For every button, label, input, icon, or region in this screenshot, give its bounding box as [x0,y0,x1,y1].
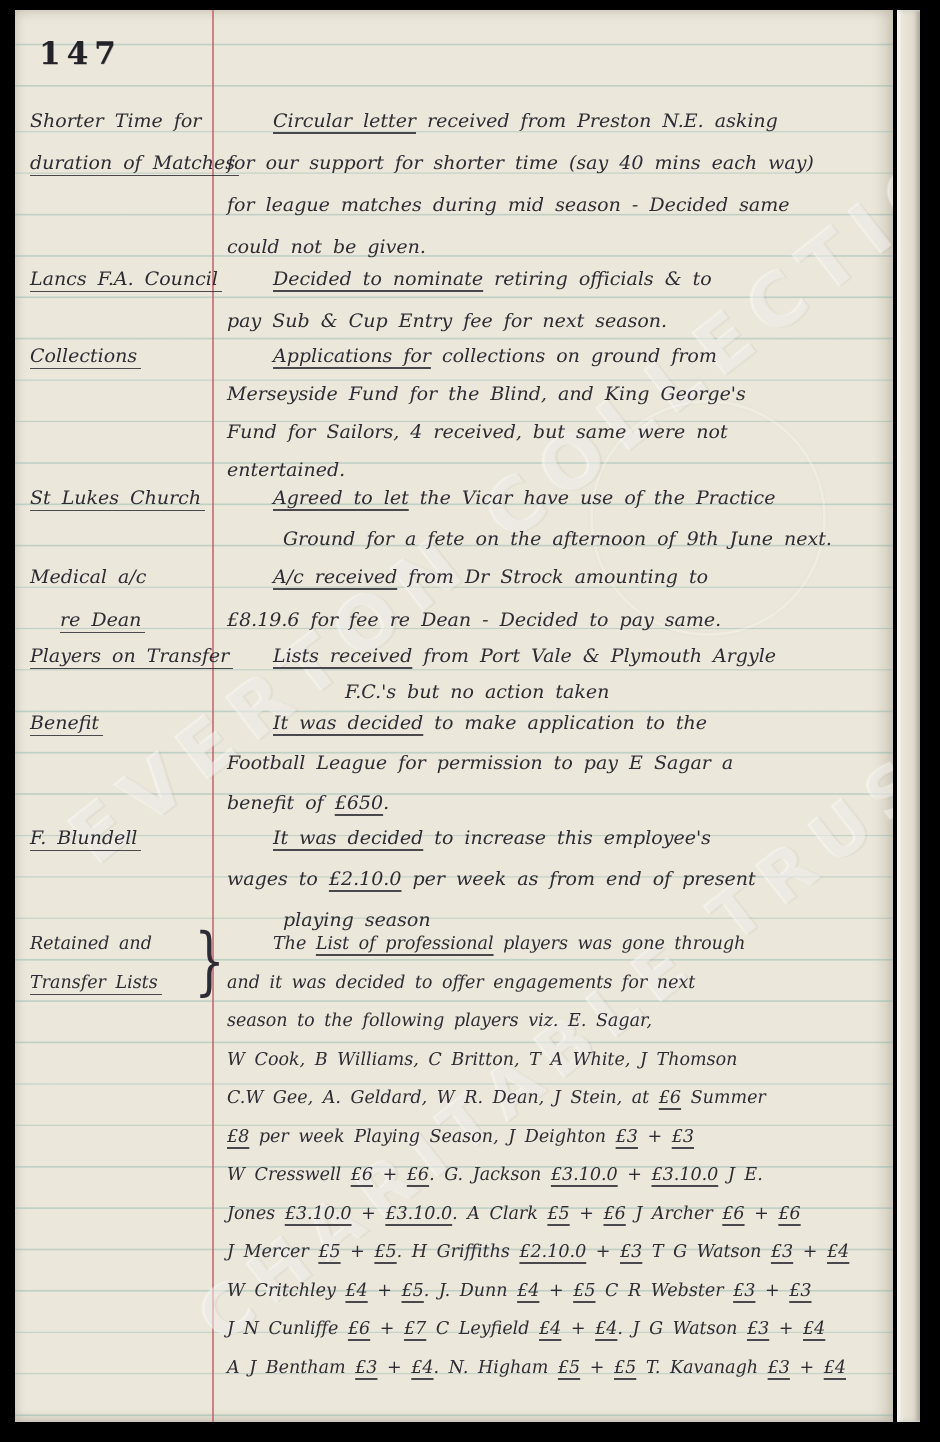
entry-heading: Lancs F.A. Council [30,258,225,342]
entry-body: Decided to nominate retiring officials &… [225,258,887,342]
entry-body-line: W Cresswell £6 + £6. G. Jackson £3.10.0 … [227,1156,887,1195]
entry-heading-line: duration of Matches [30,142,225,184]
minute-entry: BenefitIt was decided to make applicatio… [30,703,887,823]
entry-body-line: season to the following players viz. E. … [227,1002,887,1041]
entry-body-line: A J Bentham £3 + £4. N. Higham £5 + £5 T… [227,1349,887,1388]
entry-body-line: A/c received from Dr Strock amounting to [227,556,887,599]
entry-heading: Benefit [30,703,225,823]
entry-body-line: pay Sub & Cup Entry fee for next season. [227,300,887,342]
entry-heading: Retained andTransfer Lists} [30,925,225,1387]
entry-body-line: W Critchley £4 + £5. J. Dunn £4 + £5 C R… [227,1272,887,1311]
entry-body-line: Applications for collections on ground f… [227,337,887,375]
entry-body-line: Lists received from Port Vale & Plymouth… [227,638,887,674]
entry-body: A/c received from Dr Strock amounting to… [225,556,887,642]
entry-body-line: W Cook, B Williams, C Britton, T A White… [227,1041,887,1080]
entry-body: It was decided to increase this employee… [225,818,887,941]
entry-body-line: Agreed to let the Vicar have use of the … [227,478,887,519]
entry-body-line: and it was decided to offer engagements … [227,964,887,1003]
entry-body: Lists received from Port Vale & Plymouth… [225,638,887,710]
entry-heading-line: Lancs F.A. Council [30,258,225,300]
entry-heading: Players on Transfer [30,638,225,710]
entry-body: Agreed to let the Vicar have use of the … [225,478,887,560]
entry-body-line: Merseyside Fund for the Blind, and King … [227,375,887,413]
entry-body: It was decided to make application to th… [225,703,887,823]
entry-body-line: J N Cunliffe £6 + £7 C Leyfield £4 + £4.… [227,1310,887,1349]
ledger-page: EVERTON COLLECTION CHARITABLE TRUST 147 … [15,10,893,1422]
minute-entry: Shorter Time forduration of MatchesCircu… [30,100,887,268]
minute-entry: Medical a/cre DeanA/c received from Dr S… [30,556,887,642]
entry-body-line: £8.19.6 for fee re Dean - Decided to pay… [227,599,887,642]
entry-body-line: The List of professional players was gon… [227,925,887,964]
entry-body: Applications for collections on ground f… [225,337,887,489]
entry-body-line: C.W Gee, A. Geldard, W R. Dean, J Stein,… [227,1079,887,1118]
entry-body-line: Football League for permission to pay E … [227,743,887,783]
entry-heading-line: St Lukes Church [30,478,225,519]
entry-heading-line: Benefit [30,703,225,743]
entry-heading-line: Shorter Time for [30,100,225,142]
minute-entry: St Lukes ChurchAgreed to let the Vicar h… [30,478,887,560]
minute-entry: Retained andTransfer Lists}The List of p… [30,925,887,1387]
entry-body-line: It was decided to increase this employee… [227,818,887,859]
entry-heading: Collections [30,337,225,489]
entry-body-line: Fund for Sailors, 4 received, but same w… [227,413,887,451]
entry-body-line: for our support for shorter time (say 40… [227,142,887,184]
entry-heading: Shorter Time forduration of Matches [30,100,225,268]
scan-background: { "page": { "number": "147", "watermark_… [0,0,940,1442]
entry-heading-line: re Dean [30,599,225,642]
adjacent-page-edge [897,10,920,1422]
entry-body-line: J Mercer £5 + £5. H Griffiths £2.10.0 + … [227,1233,887,1272]
minute-entry: CollectionsApplications for collections … [30,337,887,489]
entry-body-line: It was decided to make application to th… [227,703,887,743]
entry-heading-line: F. Blundell [30,818,225,859]
entry-body: The List of professional players was gon… [225,925,887,1387]
entry-body: Circular letter received from Preston N.… [225,100,887,268]
minute-entry: F. BlundellIt was decided to increase th… [30,818,887,941]
entry-heading-line: Collections [30,337,225,375]
minutes-entries: Shorter Time forduration of MatchesCircu… [15,10,893,1422]
entry-heading-line: Players on Transfer [30,638,225,674]
brace-mark: } [194,921,225,1001]
entry-heading-line: Medical a/c [30,556,225,599]
entry-body-line: for league matches during mid season - D… [227,184,887,226]
entry-body-line: Circular letter received from Preston N.… [227,100,887,142]
entry-heading: Medical a/cre Dean [30,556,225,642]
entry-heading: St Lukes Church [30,478,225,560]
entry-body-line: £8 per week Playing Season, J Deighton £… [227,1118,887,1157]
minute-entry: Lancs F.A. CouncilDecided to nominate re… [30,258,887,342]
entry-body-line: benefit of £650. [227,783,887,823]
entry-body-line: Decided to nominate retiring officials &… [227,258,887,300]
entry-body-line: Ground for a fete on the afternoon of 9t… [227,519,887,560]
entry-body-line: Jones £3.10.0 + £3.10.0. A Clark £5 + £6… [227,1195,887,1234]
minute-entry: Players on TransferLists received from P… [30,638,887,710]
entry-body-line: wages to £2.10.0 per week as from end of… [227,859,887,900]
